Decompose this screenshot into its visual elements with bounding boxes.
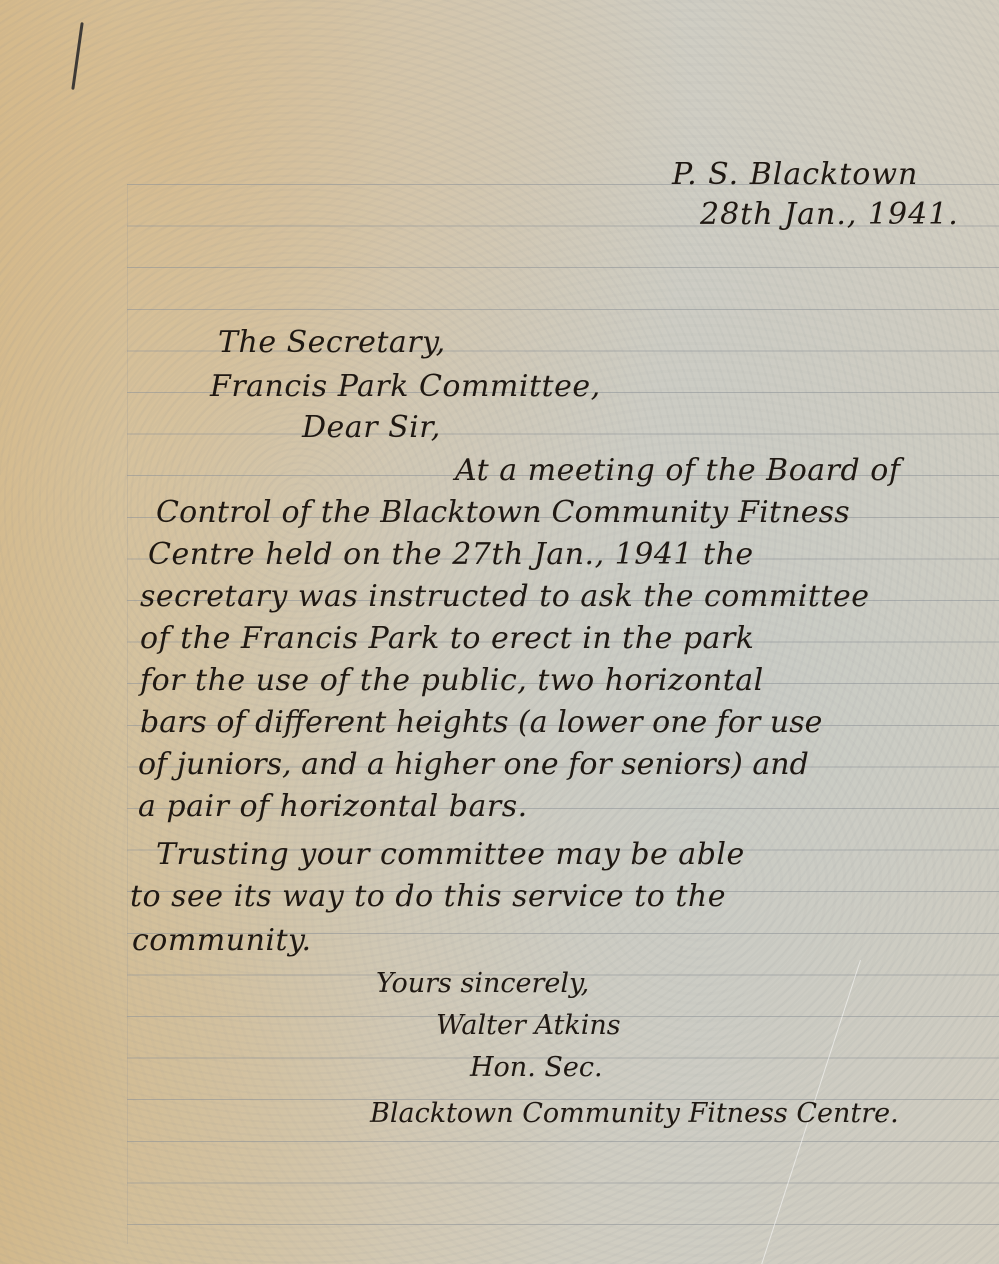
body-line-8: of juniors, and a higher one for seniors…	[138, 750, 809, 780]
body-line-3: Centre held on the 27th Jan., 1941 the	[148, 540, 754, 570]
letter-place: P. S. Blacktown	[672, 160, 918, 190]
body-line-4: secretary was instructed to ask the comm…	[140, 582, 869, 612]
body-line-5: of the Francis Park to erect in the park	[140, 624, 754, 654]
pencil-mark	[71, 22, 83, 90]
body-line-6: for the use of the public, two horizonta…	[140, 666, 764, 696]
letter-date: 28th Jan., 1941.	[700, 200, 959, 230]
salutation: Dear Sir,	[302, 413, 441, 443]
valediction: Yours sincerely,	[376, 970, 589, 997]
letter-page: P. S. Blacktown 28th Jan., 1941. The Sec…	[0, 0, 999, 1264]
signatory-organisation: Blacktown Community Fitness Centre.	[370, 1100, 899, 1127]
body-line-11: to see its way to do this service to the	[130, 882, 726, 912]
recipient-line-2: Francis Park Committee,	[210, 372, 601, 402]
body-line-9: a pair of horizontal bars.	[138, 792, 528, 822]
body-line-2: Control of the Blacktown Community Fitne…	[156, 498, 850, 528]
body-line-12: community.	[132, 926, 312, 956]
signatory-name: Walter Atkins	[436, 1012, 621, 1039]
body-line-1: At a meeting of the Board of	[455, 456, 900, 486]
body-line-7: bars of different heights (a lower one f…	[140, 708, 822, 738]
recipient-line-1: The Secretary,	[218, 328, 446, 358]
signatory-title: Hon. Sec.	[470, 1054, 603, 1081]
body-line-10: Trusting your committee may be able	[156, 840, 745, 870]
